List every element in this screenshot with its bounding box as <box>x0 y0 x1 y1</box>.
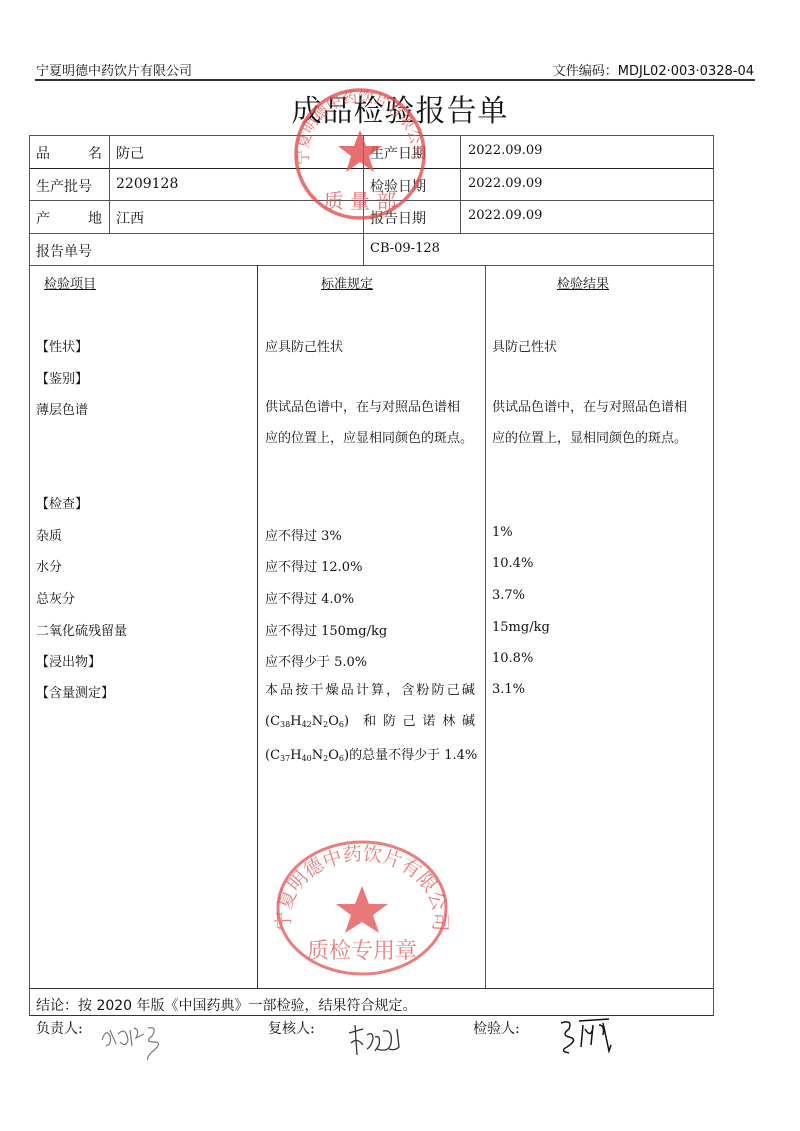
assay-line-3: (C37H40N2O6)的总量不得少于 1.4% <box>265 740 477 774</box>
label-char: 产 <box>36 208 50 228</box>
responsible-signature <box>96 1012 186 1062</box>
table-row-result: 10.8% <box>492 651 533 666</box>
batch-label: 生产批号 <box>36 176 92 196</box>
table-row-item: 【浸出物】 <box>36 651 101 670</box>
product-name-label: 品名 <box>36 143 102 163</box>
table-row-item: 二氧化硫残留量 <box>36 620 127 639</box>
formula-1: (C38H42N2O6) <box>265 706 349 740</box>
batch-value: 2209128 <box>116 176 178 192</box>
inspector-signature <box>555 1015 635 1060</box>
star-icon <box>336 886 388 933</box>
table-row-standard-assay: 本品按干燥品计算，含粉防己碱 (C38H42N2O6) 和防己诺林碱 (C37H… <box>265 675 477 774</box>
reviewer-signature <box>345 1015 415 1060</box>
report-no-label: 报告单号 <box>36 241 92 261</box>
test-date-value: 2022.09.09 <box>468 176 542 191</box>
table-row-standard: 应不得少于 5.0% <box>265 651 367 670</box>
product-name-value: 防己 <box>116 143 144 163</box>
reviewer-label: 复核人: <box>268 1018 315 1038</box>
standard-line: 应的位置上，应显相同颜色的斑点。 <box>265 423 473 454</box>
origin-label: 产地 <box>36 208 102 228</box>
table-row-standard: 应不得过 150mg/kg <box>265 620 387 639</box>
stamp-center-text: 质检专用章 <box>307 939 417 964</box>
table-row-item: 【含量测定】 <box>36 682 114 701</box>
table-row-item: 薄层色谱 <box>36 399 88 418</box>
report-no-value: CB-09-128 <box>370 241 440 256</box>
conclusion: 结论：按 2020 年版《中国药典》一部检验，结果符合规定。 <box>36 995 417 1015</box>
table-row-result: 15mg/kg <box>492 620 550 635</box>
formula-2: (C37H40N2O6) <box>265 748 349 763</box>
table-row-result: 3.1% <box>492 682 525 697</box>
table-row-item: 【鉴别】 <box>36 368 88 387</box>
standard-line: 供试品色谱中，在与对照品色谱相 <box>265 392 473 423</box>
assay-tail: 的总量不得少于 1.4% <box>349 748 477 763</box>
test-date-label: 检验日期 <box>370 176 426 196</box>
production-date-label: 生产日期 <box>370 143 426 163</box>
table-row-result: 10.4% <box>492 556 533 571</box>
page-title: 成品检验报告单 <box>0 86 800 130</box>
responsible-label: 负责人: <box>36 1018 83 1038</box>
assay-line-1: 本品按干燥品计算，含粉防己碱 <box>265 675 475 706</box>
table-row-item: 【检查】 <box>36 493 88 512</box>
table-row-result: 1% <box>492 525 513 540</box>
quality-inspection-stamp: 宁夏明德中药饮片有限公司 质检专用章 <box>274 836 450 976</box>
table-row-standard: 应不得过 4.0% <box>265 588 354 607</box>
origin-value: 江西 <box>116 208 144 228</box>
table-row-item: 水分 <box>36 556 62 575</box>
table-row-item: 杂质 <box>36 525 62 544</box>
result-line: 应的位置上，显相同颜色的斑点。 <box>492 423 687 454</box>
table-row-result: 供试品色谱中，在与对照品色谱相 应的位置上，显相同颜色的斑点。 <box>492 392 687 454</box>
report-date-value: 2022.09.09 <box>468 208 542 223</box>
column-header-result: 检验结果 <box>557 273 609 292</box>
assay-line-2: (C38H42N2O6) 和防己诺林碱 <box>265 706 475 740</box>
production-date-value: 2022.09.09 <box>468 143 542 158</box>
document-code: 文件编码：MDJL02·003·0328-04 <box>553 60 754 79</box>
column-header-item: 检验项目 <box>44 273 96 292</box>
column-header-standard: 标准规定 <box>321 273 373 292</box>
table-row-result: 具防己性状 <box>492 336 557 355</box>
table-row-standard: 应具防己性状 <box>265 336 343 355</box>
label-char: 名 <box>88 143 102 163</box>
table-row-standard: 应不得过 3% <box>265 525 342 544</box>
svg-text:宁夏明德中药饮片有限公司: 宁夏明德中药饮片有限公司 <box>274 843 450 932</box>
company-name: 宁夏明德中药饮片有限公司 <box>36 60 192 79</box>
table-row-standard: 供试品色谱中，在与对照品色谱相 应的位置上，应显相同颜色的斑点。 <box>265 392 473 454</box>
table-row-standard: 应不得过 12.0% <box>265 556 362 575</box>
result-line: 供试品色谱中，在与对照品色谱相 <box>492 392 687 423</box>
header-divider <box>35 79 755 81</box>
assay-words: 和防己诺林碱 <box>363 706 475 740</box>
report-date-label: 报告日期 <box>370 208 426 228</box>
table-row-item: 【性状】 <box>36 336 88 355</box>
inspector-label: 检验人: <box>473 1018 520 1038</box>
table-row-result: 3.7% <box>492 588 525 603</box>
label-char: 品 <box>36 143 50 163</box>
label-char: 地 <box>88 208 102 228</box>
table-row-item: 总灰分 <box>36 588 75 607</box>
stamp-ring-text: 宁夏明德中药饮片有限公司 <box>274 843 450 932</box>
